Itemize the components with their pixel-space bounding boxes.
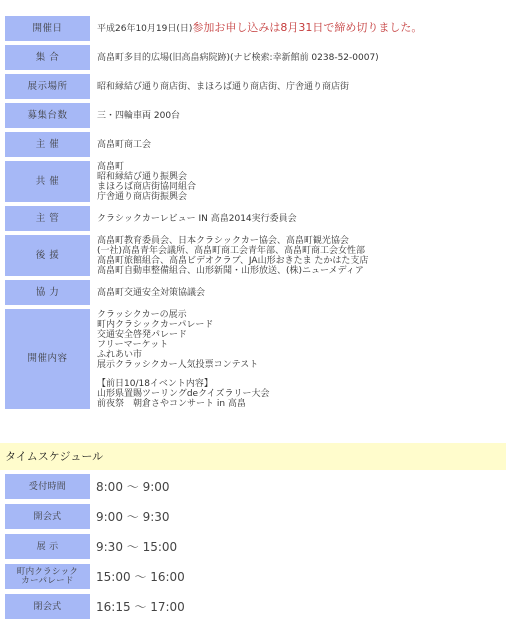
info-label: 展示場所 — [5, 74, 90, 99]
info-value: 平成26年10月19日(日)参加お申し込みは8月31日で締め切りました。 — [90, 16, 501, 41]
info-row-exhibition-location: 展示場所 昭和縁結び通り商店街、まほろば通り商店街、庁舎通り商店街 — [5, 74, 501, 99]
info-row-sponsors: 後 援 高畠町教育委員会、日本クラシックカー協会、高畠町観光協会 (一社)高畠青… — [5, 235, 501, 276]
info-row-date: 開催日 平成26年10月19日(日)参加お申し込みは8月31日で締め切りました。 — [5, 16, 501, 41]
info-value: クラッシクカーの展示 町内クラシックカーパレード 交通安全啓発パレード フリーマ… — [90, 309, 501, 409]
schedule-label: 展 示 — [5, 534, 90, 559]
info-label: 共 催 — [5, 161, 90, 202]
info-row-cooperation: 協 力 高畠町交通安全対策協議会 — [5, 280, 501, 305]
info-value: 三・四輪車両 200台 — [90, 103, 501, 128]
schedule-label: 受付時間 — [5, 474, 90, 499]
info-label: 集 合 — [5, 45, 90, 70]
schedule-time: 8:00 〜 9:00 — [90, 474, 501, 499]
schedule-label: 町内クラシック カーパレード — [5, 564, 90, 589]
info-value: 高畠町交通安全対策協議会 — [90, 280, 501, 305]
info-label: 募集台数 — [5, 103, 90, 128]
schedule-time: 15:00 〜 16:00 — [90, 564, 501, 589]
info-row-capacity: 募集台数 三・四輪車両 200台 — [5, 103, 501, 128]
schedule-heading: タイムスケジュール — [0, 443, 506, 470]
schedule-row-closing: 閉会式 16:15 〜 17:00 — [5, 594, 501, 619]
info-value: 昭和縁結び通り商店街、まほろば通り商店街、庁舎通り商店街 — [90, 74, 501, 99]
schedule-time: 9:00 〜 9:30 — [90, 504, 501, 529]
info-label: 開催内容 — [5, 309, 90, 409]
event-date: 平成26年10月19日(日) — [97, 24, 192, 34]
schedule-label: 開会式 — [5, 504, 90, 529]
info-row-management: 主 管 クラシックカーレビュー IN 高畠2014実行委員会 — [5, 206, 501, 231]
schedule-time: 9:30 〜 15:00 — [90, 534, 501, 559]
info-value: 高畠町 昭和縁結び通り振興会 まほろば商店街協同組合 庁舎通り商店街振興会 — [90, 161, 501, 202]
schedule-row-opening: 開会式 9:00 〜 9:30 — [5, 504, 501, 529]
info-label: 主 催 — [5, 132, 90, 157]
info-row-meeting-place: 集 合 高畠町多目的広場(旧高畠病院跡)(ナビ検索:幸新館前 0238-52-0… — [5, 45, 501, 70]
schedule-time: 16:15 〜 17:00 — [90, 594, 501, 619]
info-value: 高畠町多目的広場(旧高畠病院跡)(ナビ検索:幸新館前 0238-52-0007) — [90, 45, 501, 70]
schedule-row-reception: 受付時間 8:00 〜 9:00 — [5, 474, 501, 499]
schedule-row-parade: 町内クラシック カーパレード 15:00 〜 16:00 — [5, 564, 501, 589]
event-info-table: 開催日 平成26年10月19日(日)参加お申し込みは8月31日で締め切りました。… — [5, 16, 501, 413]
schedule-label: 閉会式 — [5, 594, 90, 619]
info-label: 主 管 — [5, 206, 90, 231]
info-row-organizer: 主 催 高畠町商工会 — [5, 132, 501, 157]
info-label: 開催日 — [5, 16, 90, 41]
registration-closed-note: 参加お申し込みは8月31日で締め切りました。 — [192, 21, 422, 34]
schedule-row-exhibition: 展 示 9:30 〜 15:00 — [5, 534, 501, 559]
info-row-co-organizers: 共 催 高畠町 昭和縁結び通り振興会 まほろば商店街協同組合 庁舎通り商店街振興… — [5, 161, 501, 202]
info-row-event-contents: 開催内容 クラッシクカーの展示 町内クラシックカーパレード 交通安全啓発パレード… — [5, 309, 501, 409]
schedule-table: 受付時間 8:00 〜 9:00 開会式 9:00 〜 9:30 展 示 9:3… — [5, 474, 501, 624]
info-label: 協 力 — [5, 280, 90, 305]
info-value: 高畠町教育委員会、日本クラシックカー協会、高畠町観光協会 (一社)高畠青年会議所… — [90, 235, 501, 276]
info-value: 高畠町商工会 — [90, 132, 501, 157]
info-value: クラシックカーレビュー IN 高畠2014実行委員会 — [90, 206, 501, 231]
info-label: 後 援 — [5, 235, 90, 276]
